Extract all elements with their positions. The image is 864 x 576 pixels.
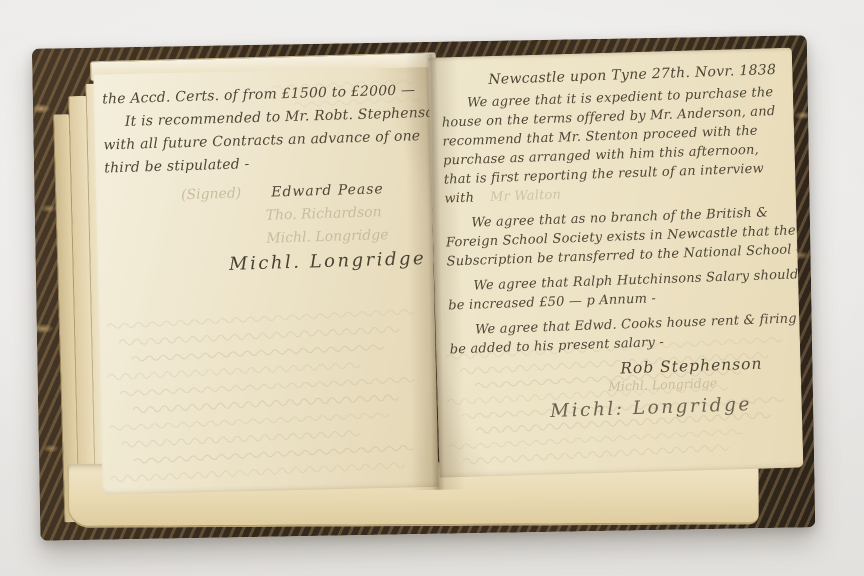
right-page-text: Newcastle upon Tyne 27th. Novr. 1838 We … [440, 61, 790, 431]
right-page: Newcastle upon Tyne 27th. Novr. 1838 We … [428, 48, 804, 478]
signature-edward-pease: Edward Pease [271, 181, 384, 200]
left-page: the Accd. Certs. of from £1500 to £2000 … [93, 67, 438, 495]
minute-book: the Accd. Certs. of from £1500 to £2000 … [32, 23, 816, 541]
left-page-text: the Accd. Certs. of from £1500 to £2000 … [102, 79, 427, 281]
minute-paragraph: We agree that Edwd. Cooks house rent & f… [449, 310, 788, 360]
photograph-background: the Accd. Certs. of from £1500 to £2000 … [0, 0, 864, 576]
minute-paragraph: We agree that Ralph Hutchinsons Salary s… [447, 266, 786, 316]
erased-text: Mr Walton [490, 188, 562, 205]
signed-label: (Signed) [181, 185, 242, 203]
minute-paragraph: We agree that it is expedient to purchas… [441, 83, 783, 209]
minute-paragraph: We agree that as no branch of the Britis… [445, 203, 785, 272]
manuscript-word: with [444, 191, 474, 207]
